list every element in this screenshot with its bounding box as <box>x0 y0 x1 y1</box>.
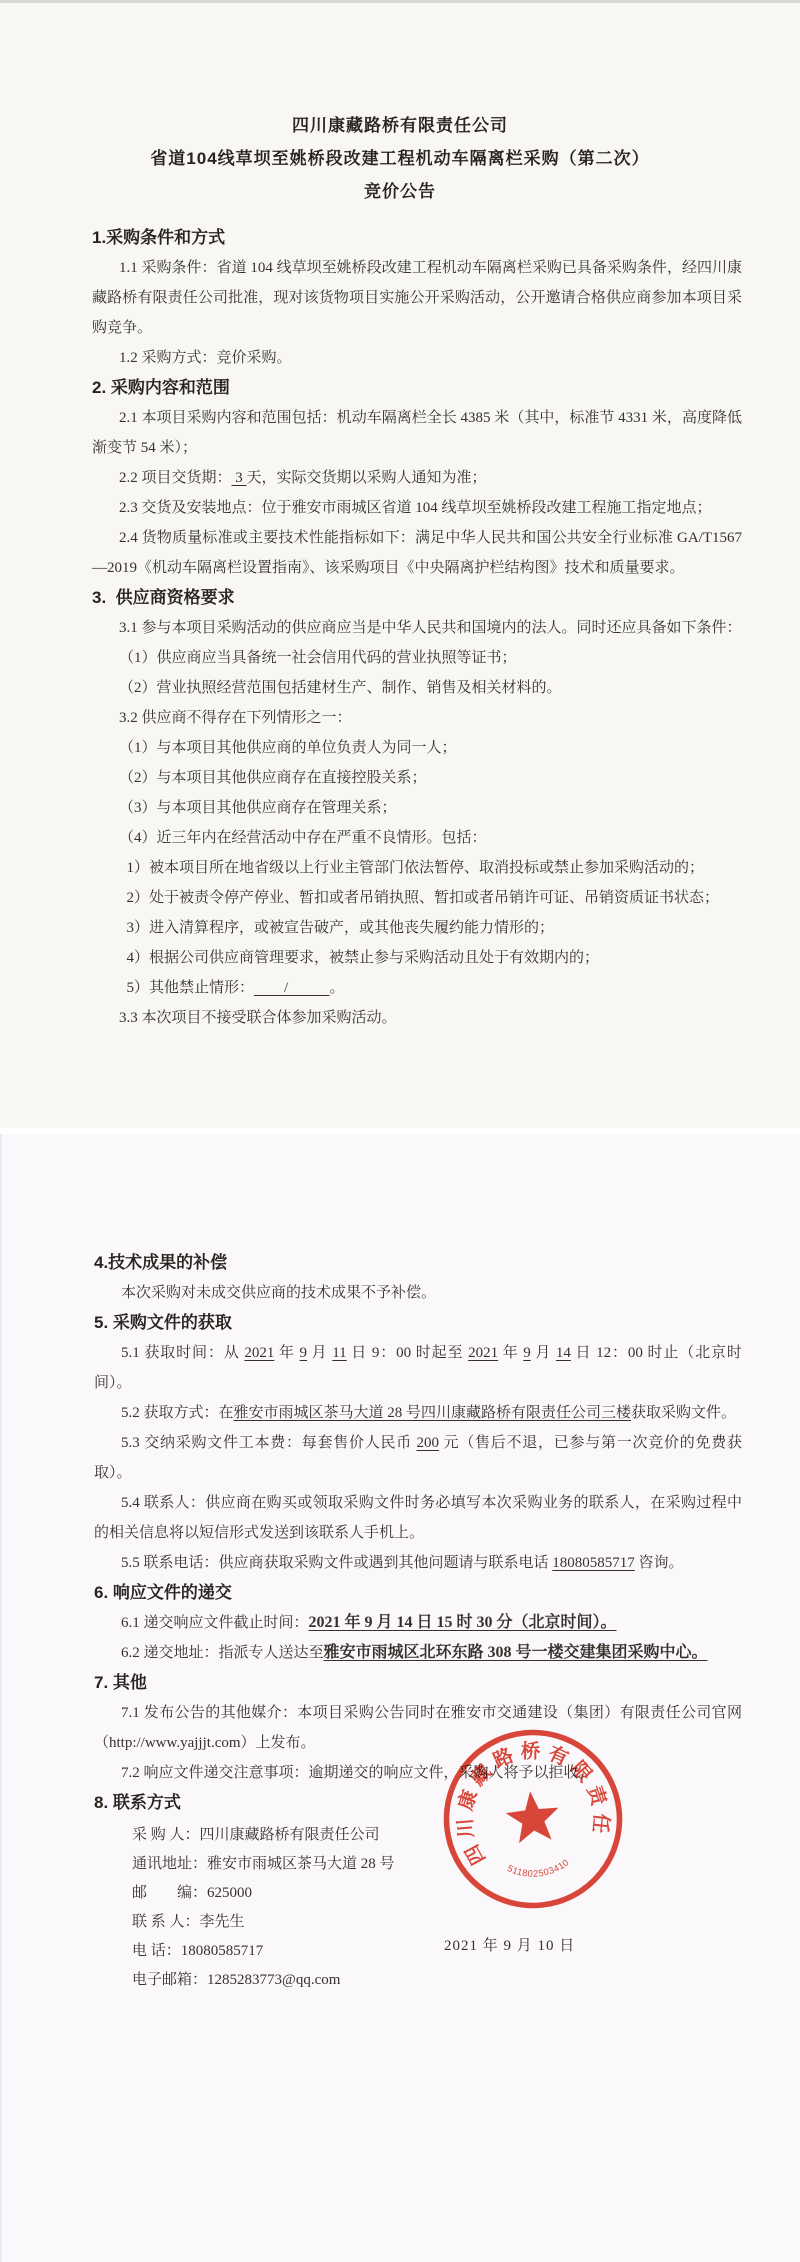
text-run: 月 <box>531 1345 556 1361</box>
paragraph: （1）与本项目其他供应商的单位负责人为同一人； <box>92 733 742 763</box>
paragraph: 4）根据公司供应商管理要求，被禁止参与采购活动且处于有效期内的； <box>92 943 742 973</box>
text-run: 。 <box>329 980 344 996</box>
paragraph: 1）被本项目所在地省级以上行业主管部门依法暂停、取消投标或禁止参加采购活动的； <box>92 853 742 883</box>
text-run: （2）与本项目其他供应商存在直接控股关系； <box>119 770 427 786</box>
emphasized-text: 9 <box>523 1345 531 1361</box>
paragraph: 2.3 交货及安装地点：位于雅安市雨城区省道 104 线草坝至姚桥段改建工程施工… <box>92 493 742 523</box>
text-run: 2.3 交货及安装地点：位于雅安市雨城区省道 104 线草坝至姚桥段改建工程施工… <box>119 500 712 516</box>
paragraph: （3）与本项目其他供应商存在管理关系； <box>92 793 742 823</box>
paragraph: 本次采购对未成交供应商的技术成果不予补偿。 <box>94 1278 742 1308</box>
paragraph: 3.2 供应商不得存在下列情形之一： <box>92 703 742 733</box>
emphasized-text: 2021 年 9 月 14 日 15 时 30 分（北京时间）。 <box>309 1614 617 1631</box>
paragraph: 2）处于被责令停产停业、暂扣或者吊销执照、暂扣或者吊销许可证、吊销资质证书状态； <box>92 883 742 913</box>
text-run: 5.5 联系电话：供应商获取采购文件或遇到其他问题请与联系电话 <box>121 1555 552 1571</box>
text-run: 1.1 采购条件：省道 104 线草坝至姚桥段改建工程机动车隔离栏采购已具备采购… <box>92 260 742 336</box>
text-run: 咨询。 <box>635 1555 684 1571</box>
paragraph: 2.2 项目交货期： 3 天，实际交货期以采购人通知为准； <box>92 463 742 493</box>
contact-label: 电子邮箱： <box>132 1966 207 1995</box>
contact-label: 邮 编： <box>132 1879 207 1908</box>
text-run: （4）近三年内在经营活动中存在严重不良情形。包括： <box>119 830 487 846</box>
section-heading: 3. 供应商资格要求 <box>92 583 742 613</box>
emphasized-text: 雅安市雨城区茶马大道 28 号四川康藏路桥有限责任公司三楼 <box>234 1405 632 1421</box>
paragraph: 2.4 货物质量标准或主要技术性能指标如下：满足中华人民共和国公共安全行业标准 … <box>92 523 742 583</box>
contact-value: 李先生 <box>200 1914 245 1930</box>
paragraph: 7.2 响应文件递交注意事项：逾期递交的响应文件，采购人将予以拒收。 <box>94 1758 742 1788</box>
text-run: 2.1 本项目采购内容和范围包括：机动车隔离栏全长 4385 米（其中，标准节 … <box>92 410 742 456</box>
emphasized-text: / <box>254 980 329 996</box>
title-company-line: 四川康藏路桥有限责任公司 <box>0 109 800 142</box>
paragraph: 1.1 采购条件：省道 104 线草坝至姚桥段改建工程机动车隔离栏采购已具备采购… <box>92 253 742 343</box>
paragraph: 5.4 联系人：供应商在购买或领取采购文件时务必填写本次采购业务的联系人，在采购… <box>94 1488 742 1548</box>
contact-row: 电 话：18080585717 <box>132 1937 742 1966</box>
text-run: 月 <box>307 1345 332 1361</box>
text-run: 获取采购文件。 <box>631 1405 736 1421</box>
text-run: 4）根据公司供应商管理要求，被禁止参与采购活动且处于有效期内的； <box>127 950 600 966</box>
section-heading: 1.采购条件和方式 <box>92 223 742 253</box>
text-run: 本次采购对未成交供应商的技术成果不予补偿。 <box>121 1285 436 1301</box>
document-page-1: 四川康藏路桥有限责任公司 省道104线草坝至姚桥段改建工程机动车隔离栏采购（第二… <box>0 0 800 1128</box>
paragraph: 3）进入清算程序，或被宣告破产，或其他丧失履约能力情形的； <box>92 913 742 943</box>
text-run: （1）供应商应当具备统一社会信用代码的营业执照等证书； <box>119 650 517 666</box>
section-heading: 2. 采购内容和范围 <box>92 373 742 403</box>
text-run: 3.1 参与本项目采购活动的供应商应当是中华人民共和国境内的法人。同时还应具备如… <box>119 620 742 636</box>
emphasized-text: 200 <box>417 1435 440 1451</box>
paragraph: 5）其他禁止情形： / 。 <box>92 973 742 1003</box>
emphasized-text: 2021 <box>468 1345 498 1361</box>
text-run: 7.1 发布公告的其他媒介：本项目采购公告同时在雅安市交通建设（集团）有限责任公… <box>94 1705 742 1751</box>
emphasized-text: 3 <box>232 470 247 486</box>
paragraph: （2）与本项目其他供应商存在直接控股关系； <box>92 763 742 793</box>
emphasized-text: 18080585717 <box>552 1555 635 1571</box>
text-run: 5）其他禁止情形： <box>127 980 255 996</box>
text-run: 年 <box>274 1345 299 1361</box>
paragraph: 1.2 采购方式：竞价采购。 <box>92 343 742 373</box>
page-1-content: 1.采购条件和方式1.1 采购条件：省道 104 线草坝至姚桥段改建工程机动车隔… <box>0 208 800 1033</box>
emphasized-text: 9 <box>300 1345 308 1361</box>
paragraph: 3.1 参与本项目采购活动的供应商应当是中华人民共和国境内的法人。同时还应具备如… <box>92 613 742 643</box>
text-run: 3.3 本次项目不接受联合体参加采购活动。 <box>119 1010 397 1026</box>
text-run: 2.2 项目交货期： <box>119 470 232 486</box>
contact-row: 通讯地址：雅安市雨城区茶马大道 28 号 <box>132 1850 742 1879</box>
contact-row: 联 系 人：李先生 <box>132 1908 742 1937</box>
contact-row: 采 购 人：四川康藏路桥有限责任公司 <box>132 1821 742 1850</box>
section-heading: 5. 采购文件的获取 <box>94 1308 742 1338</box>
company-seal: 四川康藏路桥有限责任公司 5118025034105 <box>440 1726 626 1912</box>
text-run: 日 9：00 时起至 <box>347 1345 468 1361</box>
paragraph: 5.3 交纳采购文件工本费：每套售价人民币 200 元（售后不退，已参与第一次竞… <box>94 1428 742 1488</box>
contact-label: 通讯地址： <box>132 1850 207 1879</box>
paragraph: 5.5 联系电话：供应商获取采购文件或遇到其他问题请与联系电话 18080585… <box>94 1548 742 1578</box>
contact-block: 采 购 人：四川康藏路桥有限责任公司通讯地址：雅安市雨城区茶马大道 28 号邮 … <box>132 1821 742 1995</box>
text-run: 年 <box>498 1345 523 1361</box>
text-run: 1.2 采购方式：竞价采购。 <box>119 350 292 366</box>
section-heading: 6. 响应文件的递交 <box>94 1578 742 1608</box>
contact-value: 1285283773@qq.com <box>207 1972 340 1988</box>
contact-value: 18080585717 <box>181 1943 264 1959</box>
text-run: 5.4 联系人：供应商在购买或领取采购文件时务必填写本次采购业务的联系人，在采购… <box>94 1495 742 1541</box>
paragraph: （1）供应商应当具备统一社会信用代码的营业执照等证书； <box>92 643 742 673</box>
contact-value: 625000 <box>207 1885 252 1901</box>
text-run: 天，实际交货期以采购人通知为准； <box>247 470 487 486</box>
text-run: （3）与本项目其他供应商存在管理关系； <box>119 800 397 816</box>
paragraph: 3.3 本次项目不接受联合体参加采购活动。 <box>92 1003 742 1033</box>
document-title-block: 四川康藏路桥有限责任公司 省道104线草坝至姚桥段改建工程机动车隔离栏采购（第二… <box>0 3 800 208</box>
section-heading: 4.技术成果的补偿 <box>94 1248 742 1278</box>
text-run: 3）进入清算程序，或被宣告破产，或其他丧失履约能力情形的； <box>127 920 555 936</box>
text-run: 5.2 获取方式：在 <box>121 1405 234 1421</box>
paragraph: 2.1 本项目采购内容和范围包括：机动车隔离栏全长 4385 米（其中，标准节 … <box>92 403 742 463</box>
company-seal-graphic: 四川康藏路桥有限责任公司 5118025034105 <box>440 1726 626 1912</box>
paragraph: 5.2 获取方式：在雅安市雨城区茶马大道 28 号四川康藏路桥有限责任公司三楼获… <box>94 1398 742 1428</box>
emphasized-text: 11 <box>332 1345 346 1361</box>
title-notice-line: 竞价公告 <box>0 175 800 208</box>
text-run: 2.4 货物质量标准或主要技术性能指标如下：满足中华人民共和国公共安全行业标准 … <box>92 530 742 576</box>
text-run: 5.1 获取时间：从 <box>121 1345 244 1361</box>
text-run: 6.1 递交响应文件截止时间： <box>121 1615 309 1631</box>
document-date: 2021 年 9 月 10 日 <box>444 1934 575 1955</box>
contact-value: 雅安市雨城区茶马大道 28 号 <box>207 1856 395 1872</box>
text-run: 6.2 递交地址：指派专人送达至 <box>121 1645 324 1661</box>
paragraph: 5.1 获取时间：从 2021 年 9 月 11 日 9：00 时起至 2021… <box>94 1338 742 1398</box>
text-run: 1）被本项目所在地省级以上行业主管部门依法暂停、取消投标或禁止参加采购活动的； <box>127 860 705 876</box>
emphasized-text: 2021 <box>244 1345 274 1361</box>
document-page-2: 4.技术成果的补偿本次采购对未成交供应商的技术成果不予补偿。5. 采购文件的获取… <box>0 1134 800 2262</box>
section-heading: 8. 联系方式 <box>94 1788 742 1818</box>
contact-label: 采 购 人： <box>132 1821 200 1850</box>
contact-value: 四川康藏路桥有限责任公司 <box>200 1827 380 1843</box>
section-heading: 7. 其他 <box>94 1668 742 1698</box>
contact-row: 电子邮箱：1285283773@qq.com <box>132 1966 742 1995</box>
text-run: （2）营业执照经营范围包括建材生产、制作、销售及相关材料的。 <box>119 680 562 696</box>
star-icon <box>504 1788 562 1844</box>
emphasized-text: 14 <box>556 1345 571 1361</box>
emphasized-text: 雅安市雨城区北环东路 308 号一楼交建集团采购中心。 <box>324 1644 708 1661</box>
text-run: 5.3 交纳采购文件工本费：每套售价人民币 <box>121 1435 417 1451</box>
scanned-document: 四川康藏路桥有限责任公司 省道104线草坝至姚桥段改建工程机动车隔离栏采购（第二… <box>0 0 800 2262</box>
paragraph: （2）营业执照经营范围包括建材生产、制作、销售及相关材料的。 <box>92 673 742 703</box>
contact-label: 电 话： <box>132 1937 181 1966</box>
paragraph: 7.1 发布公告的其他媒介：本项目采购公告同时在雅安市交通建设（集团）有限责任公… <box>94 1698 742 1758</box>
paragraph: 6.1 递交响应文件截止时间：2021 年 9 月 14 日 15 时 30 分… <box>94 1608 742 1638</box>
contact-row: 邮 编：625000 <box>132 1879 742 1908</box>
text-run: 3.2 供应商不得存在下列情形之一： <box>119 710 352 726</box>
text-run: 2）处于被责令停产停业、暂扣或者吊销执照、暂扣或者吊销许可证、吊销资质证书状态； <box>127 890 720 906</box>
page-2-content: 4.技术成果的补偿本次采购对未成交供应商的技术成果不予补偿。5. 采购文件的获取… <box>2 1134 800 1995</box>
contact-label: 联 系 人： <box>132 1908 200 1937</box>
paragraph: （4）近三年内在经营活动中存在严重不良情形。包括： <box>92 823 742 853</box>
title-project-line: 省道104线草坝至姚桥段改建工程机动车隔离栏采购（第二次） <box>0 142 800 175</box>
paragraph: 6.2 递交地址：指派专人送达至雅安市雨城区北环东路 308 号一楼交建集团采购… <box>94 1638 742 1668</box>
text-run: （1）与本项目其他供应商的单位负责人为同一人； <box>119 740 457 756</box>
